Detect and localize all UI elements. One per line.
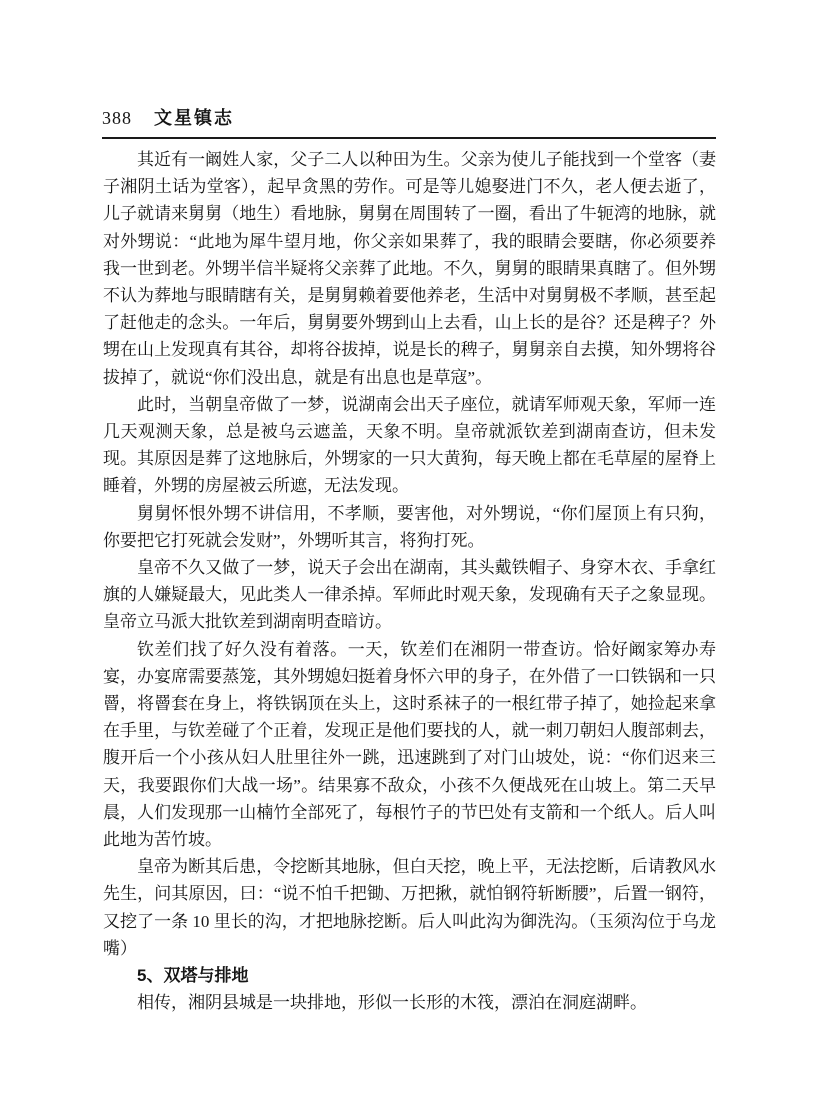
- book-title: 文星镇志: [154, 104, 234, 130]
- paragraph-1: 其近有一阚姓人家，父子二人以种田为生。父亲为使儿子能找到一个堂客（妻子湘阴土话为…: [103, 146, 716, 391]
- paragraph-2: 此时，当朝皇帝做了一梦，说湖南会出天子座位，就请军师观天象，军师一连几天观测天象…: [103, 391, 716, 500]
- section-heading: 5、双塔与排地: [103, 962, 716, 989]
- paragraph-5: 钦差们找了好久没有着落。一天，钦差们在湘阴一带查访。恰好阚家筹办寿宴，办宴席需要…: [103, 636, 716, 854]
- paragraph-4: 皇帝不久又做了一梦，说天子会出在湖南，其头戴铁帽子、身穿木衣、手拿红旗的人嫌疑最…: [103, 554, 716, 636]
- paragraph-6: 皇帝为断其后患，令挖断其地脉，但白天挖，晚上平，无法挖断，后请教风水先生，问其原…: [103, 853, 716, 962]
- paragraph-3: 舅舅怀恨外甥不讲信用，不孝顺，要害他，对外甥说，“你们屋顶上有只狗，你要把它打死…: [103, 500, 716, 554]
- body-text: 其近有一阚姓人家，父子二人以种田为生。父亲为使儿子能找到一个堂客（妻子湘阴土话为…: [103, 146, 716, 1017]
- book-page: 388 文星镇志 其近有一阚姓人家，父子二人以种田为生。父亲为使儿子能找到一个堂…: [0, 0, 816, 1099]
- running-header: 388 文星镇志: [102, 104, 716, 139]
- page-number: 388: [102, 108, 132, 129]
- closing-paragraph: 相传，湘阴县城是一块排地，形似一长形的木筏，漂泊在洞庭湖畔。: [103, 989, 716, 1016]
